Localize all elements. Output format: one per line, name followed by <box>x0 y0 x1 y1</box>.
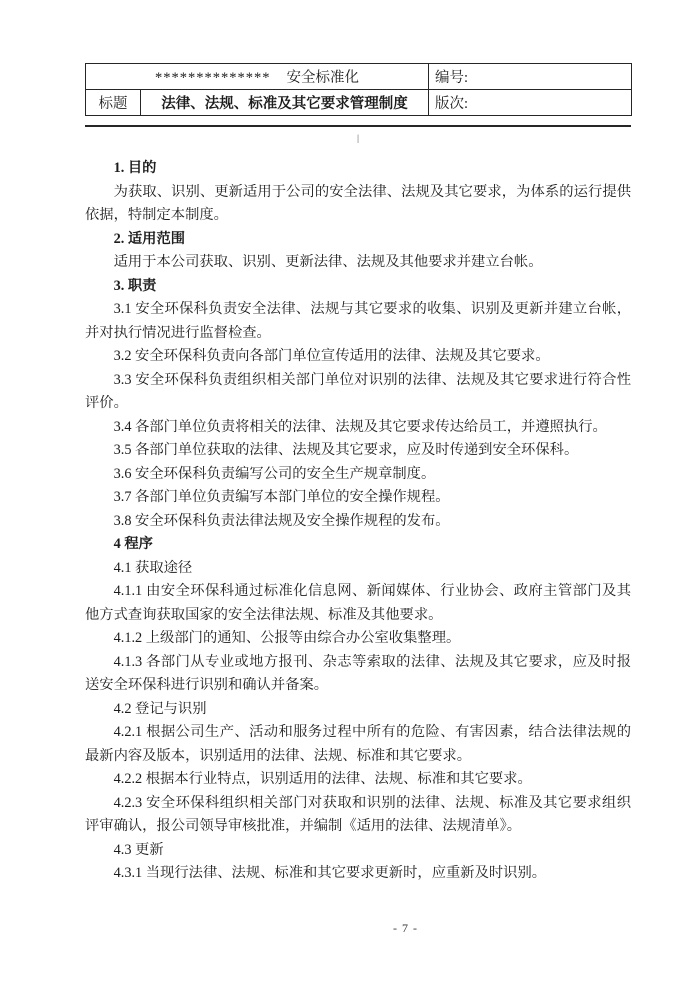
doc-version-label: 版次: <box>435 96 468 112</box>
doc-version-cell: 版次: <box>429 90 632 116</box>
body-paragraph: 3.5 各部门单位获取的法律、法规及其它要求，应及时传递到安全环保科。 <box>85 439 631 463</box>
page-center-mark: | <box>85 131 631 145</box>
body-paragraph: 4.2.1 根据公司生产、活动和服务过程中所有的危险、有害因素，结合法律法规的最… <box>85 721 631 768</box>
body-paragraph: 4.3 更新 <box>85 839 631 863</box>
body-paragraph: 4.2 登记与识别 <box>85 698 631 722</box>
body-paragraph: 为获取、识别、更新适用于公司的安全法律、法规及其它要求，为体系的运行提供依据，特… <box>85 181 631 228</box>
doc-title: 法律、法规、标准及其它要求管理制度 <box>161 96 408 112</box>
header-row-2: 标题 法律、法规、标准及其它要求管理制度 版次: <box>86 90 632 116</box>
body-paragraph: 3.8 安全环保科负责法律法规及安全操作规程的发布。 <box>85 510 631 534</box>
document-header-table: **************安全标准化 编号: 标题 法律、法规、标准及其它要求… <box>85 63 632 116</box>
body-paragraph: 4.2.3 安全环保科组织相关部门对获取和识别的法律、法规、标准及其它要求组织评… <box>85 792 631 839</box>
document-page: **************安全标准化 编号: 标题 法律、法规、标准及其它要求… <box>0 0 700 990</box>
body-paragraph: 4.1 获取途径 <box>85 557 631 581</box>
page-footer: - 7 - <box>393 921 418 936</box>
body-paragraph: 3.2 安全环保科负责向各部门单位宣传适用的法律、法规及其它要求。 <box>85 345 631 369</box>
body-paragraph: 4.1.1 由安全环保科通过标准化信息网、新闻媒体、行业协会、政府主管部门及其他… <box>85 580 631 627</box>
body-paragraph: 4.2.2 根据本行业特点，识别适用的法律、法规、标准和其它要求。 <box>85 768 631 792</box>
body-paragraph: 4.1.2 上级部门的通知、公报等由综合办公室收集整理。 <box>85 627 631 651</box>
org-stars: ************** <box>155 70 271 86</box>
page-number: - 7 - <box>393 921 418 935</box>
org-title: 安全标准化 <box>287 70 360 86</box>
org-title-cell: **************安全标准化 <box>86 64 429 90</box>
header-rule <box>85 125 631 127</box>
document-content: **************安全标准化 编号: 标题 法律、法规、标准及其它要求… <box>85 63 631 886</box>
section-heading: 1. 目的 <box>85 157 631 181</box>
body-paragraph: 3.7 各部门单位负责编写本部门单位的安全操作规程。 <box>85 486 631 510</box>
doc-number-cell: 编号: <box>429 64 632 90</box>
doc-number-label: 编号: <box>435 70 468 86</box>
doc-title-cell: 法律、法规、标准及其它要求管理制度 <box>141 90 429 116</box>
body-paragraph: 3.6 安全环保科负责编写公司的安全生产规章制度。 <box>85 463 631 487</box>
document-body: 1. 目的为获取、识别、更新适用于公司的安全法律、法规及其它要求，为体系的运行提… <box>85 157 631 886</box>
body-paragraph: 3.1 安全环保科负责安全法律、法规与其它要求的收集、识别及更新并建立台帐，并对… <box>85 298 631 345</box>
section-heading: 4 程序 <box>85 533 631 557</box>
body-paragraph: 4.1.3 各部门从专业或地方报刊、杂志等索取的法律、法规及其它要求，应及时报送… <box>85 651 631 698</box>
body-paragraph: 3.4 各部门单位负责将相关的法律、法规及其它要求传达给员工，并遵照执行。 <box>85 416 631 440</box>
body-paragraph: 适用于本公司获取、识别、更新法律、法规及其他要求并建立台帐。 <box>85 251 631 275</box>
title-label: 标题 <box>99 96 128 112</box>
body-paragraph: 4.3.1 当现行法律、法规、标准和其它要求更新时，应重新及时识别。 <box>85 862 631 886</box>
section-heading: 2. 适用范围 <box>85 228 631 252</box>
section-heading: 3. 职责 <box>85 275 631 299</box>
body-paragraph: 3.3 安全环保科负责组织相关部门单位对识别的法律、法规及其它要求进行符合性评价… <box>85 369 631 416</box>
title-label-cell: 标题 <box>86 90 141 116</box>
header-row-1: **************安全标准化 编号: <box>86 64 632 90</box>
